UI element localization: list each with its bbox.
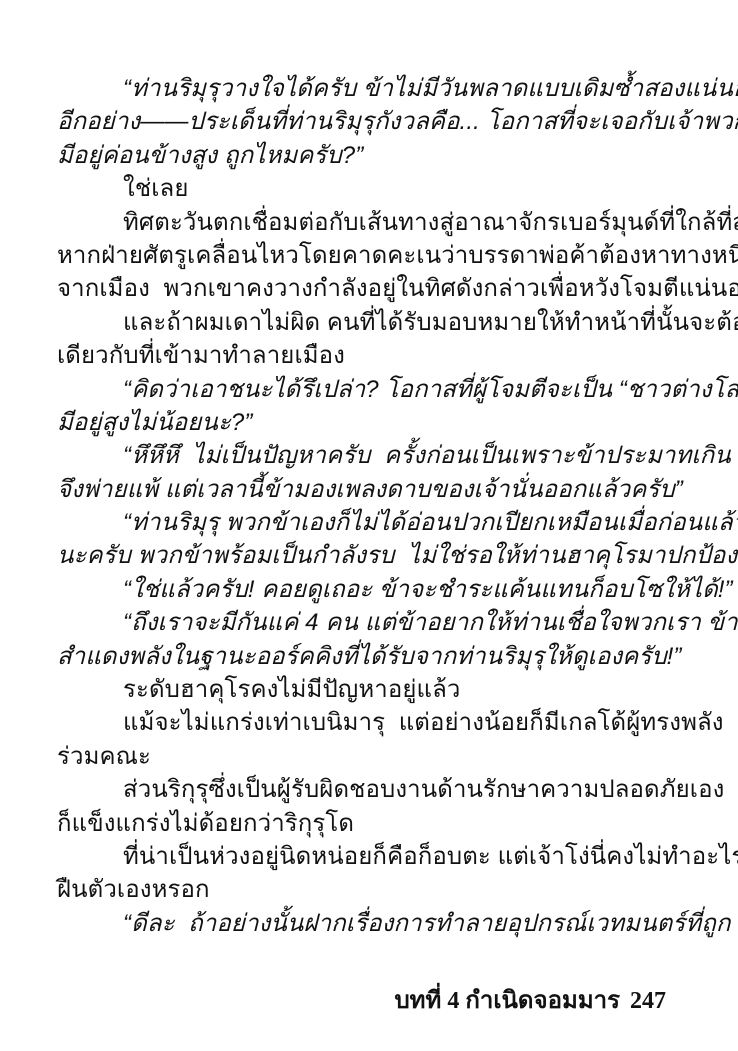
dialogue-text-line: “หึหึหึ ไม่เป็นปัญหาครับ ครั้งก่อนเป็นเพ… <box>57 439 669 472</box>
dialogue-text-line: “ถึงเราจะมีกันแค่ 4 คน แต่ข้าอยากให้ท่าน… <box>57 606 669 639</box>
narration-text-line: ร่วมคณะ <box>57 740 669 773</box>
narration-text-line: ส่วนริกุรุซึ่งเป็นผู้รับผิดชอบงานด้านรัก… <box>57 773 669 806</box>
narration-text-line: ก็แข็งแกร่งไม่ด้อยกว่าริกุรุโด <box>57 807 669 840</box>
narration-text-line: ทิศตะวันตกเชื่อมต่อกับเส้นทางสู่อาณาจักร… <box>57 206 669 239</box>
dialogue-text-line: นะครับ พวกข้าพร้อมเป็นกำลังรบ ไม่ใช่รอให… <box>57 539 669 572</box>
dialogue-text-line: “ท่านริมุรุ พวกข้าเองก็ไม่ได้อ่อนปวกเปีย… <box>57 506 669 539</box>
narration-text-line: เดียวกับที่เข้ามาทำลายเมือง <box>57 339 669 372</box>
narration-text-line: ฝืนตัวเองหรอก <box>57 873 669 906</box>
dialogue-text-line: “ใช่แล้วครับ! คอยดูเถอะ ข้าจะชำระแค้นแทน… <box>57 573 669 606</box>
narration-text-line: จากเมือง พวกเขาคงวางกำลังอยู่ในทิศดังกล่… <box>57 272 669 305</box>
dialogue-text-line: “คิดว่าเอาชนะได้รึเปล่า? โอกาสที่ผู้โจมต… <box>57 373 669 406</box>
narration-text-line: และถ้าผมเดาไม่ผิด คนที่ได้รับมอบหมายให้ท… <box>57 306 669 339</box>
page-body-text: “ท่านริมุรุวางใจได้ครับ ข้าไม่มีวันพลาดแ… <box>57 72 669 940</box>
dialogue-text-line: อีกอย่าง——ประเด็นที่ท่านริมุรุกังวลคือ..… <box>57 105 669 138</box>
narration-text-line: หากฝ่ายศัตรูเคลื่อนไหวโดยคาดคะเนว่าบรรดา… <box>57 239 669 272</box>
footer-chapter-label: บทที่ 4 กำเนิดจอมมาร <box>394 988 620 1014</box>
narration-text-line: ระดับฮาคุโรคงไม่มีปัญหาอยู่แล้ว <box>57 673 669 706</box>
narration-text-line: ที่น่าเป็นห่วงอยู่นิดหน่อยก็คือก็อบตะ แต… <box>57 840 669 873</box>
footer-chapter-indicator: บทที่ 4 กำเนิดจอมมาร247 <box>370 950 666 1051</box>
dialogue-text-line: สำแดงพลังในฐานะออร์คคิงที่ได้รับจากท่านร… <box>57 640 669 673</box>
dialogue-text-line: “ดีละ ถ้าอย่างนั้นฝากเรื่องการทำลายอุปกร… <box>57 907 669 940</box>
footer-page-number: 247 <box>630 988 666 1014</box>
narration-text-line: ใช่เลย <box>57 172 669 205</box>
dialogue-text-line: มีอยู่สูงไม่น้อยนะ?” <box>57 406 669 439</box>
dialogue-text-line: “ท่านริมุรุวางใจได้ครับ ข้าไม่มีวันพลาดแ… <box>57 72 669 105</box>
narration-text-line: แม้จะไม่แกร่งเท่าเบนิมารุ แต่อย่างน้อยก็… <box>57 706 669 739</box>
dialogue-text-line: มีอยู่ค่อนข้างสูง ถูกไหมครับ?” <box>57 139 669 172</box>
dialogue-text-line: จึงพ่ายแพ้ แต่เวลานี้ข้ามองเพลงดาบของเจ้… <box>57 473 669 506</box>
book-page: “ท่านริมุรุวางใจได้ครับ ข้าไม่มีวันพลาดแ… <box>0 0 738 1051</box>
